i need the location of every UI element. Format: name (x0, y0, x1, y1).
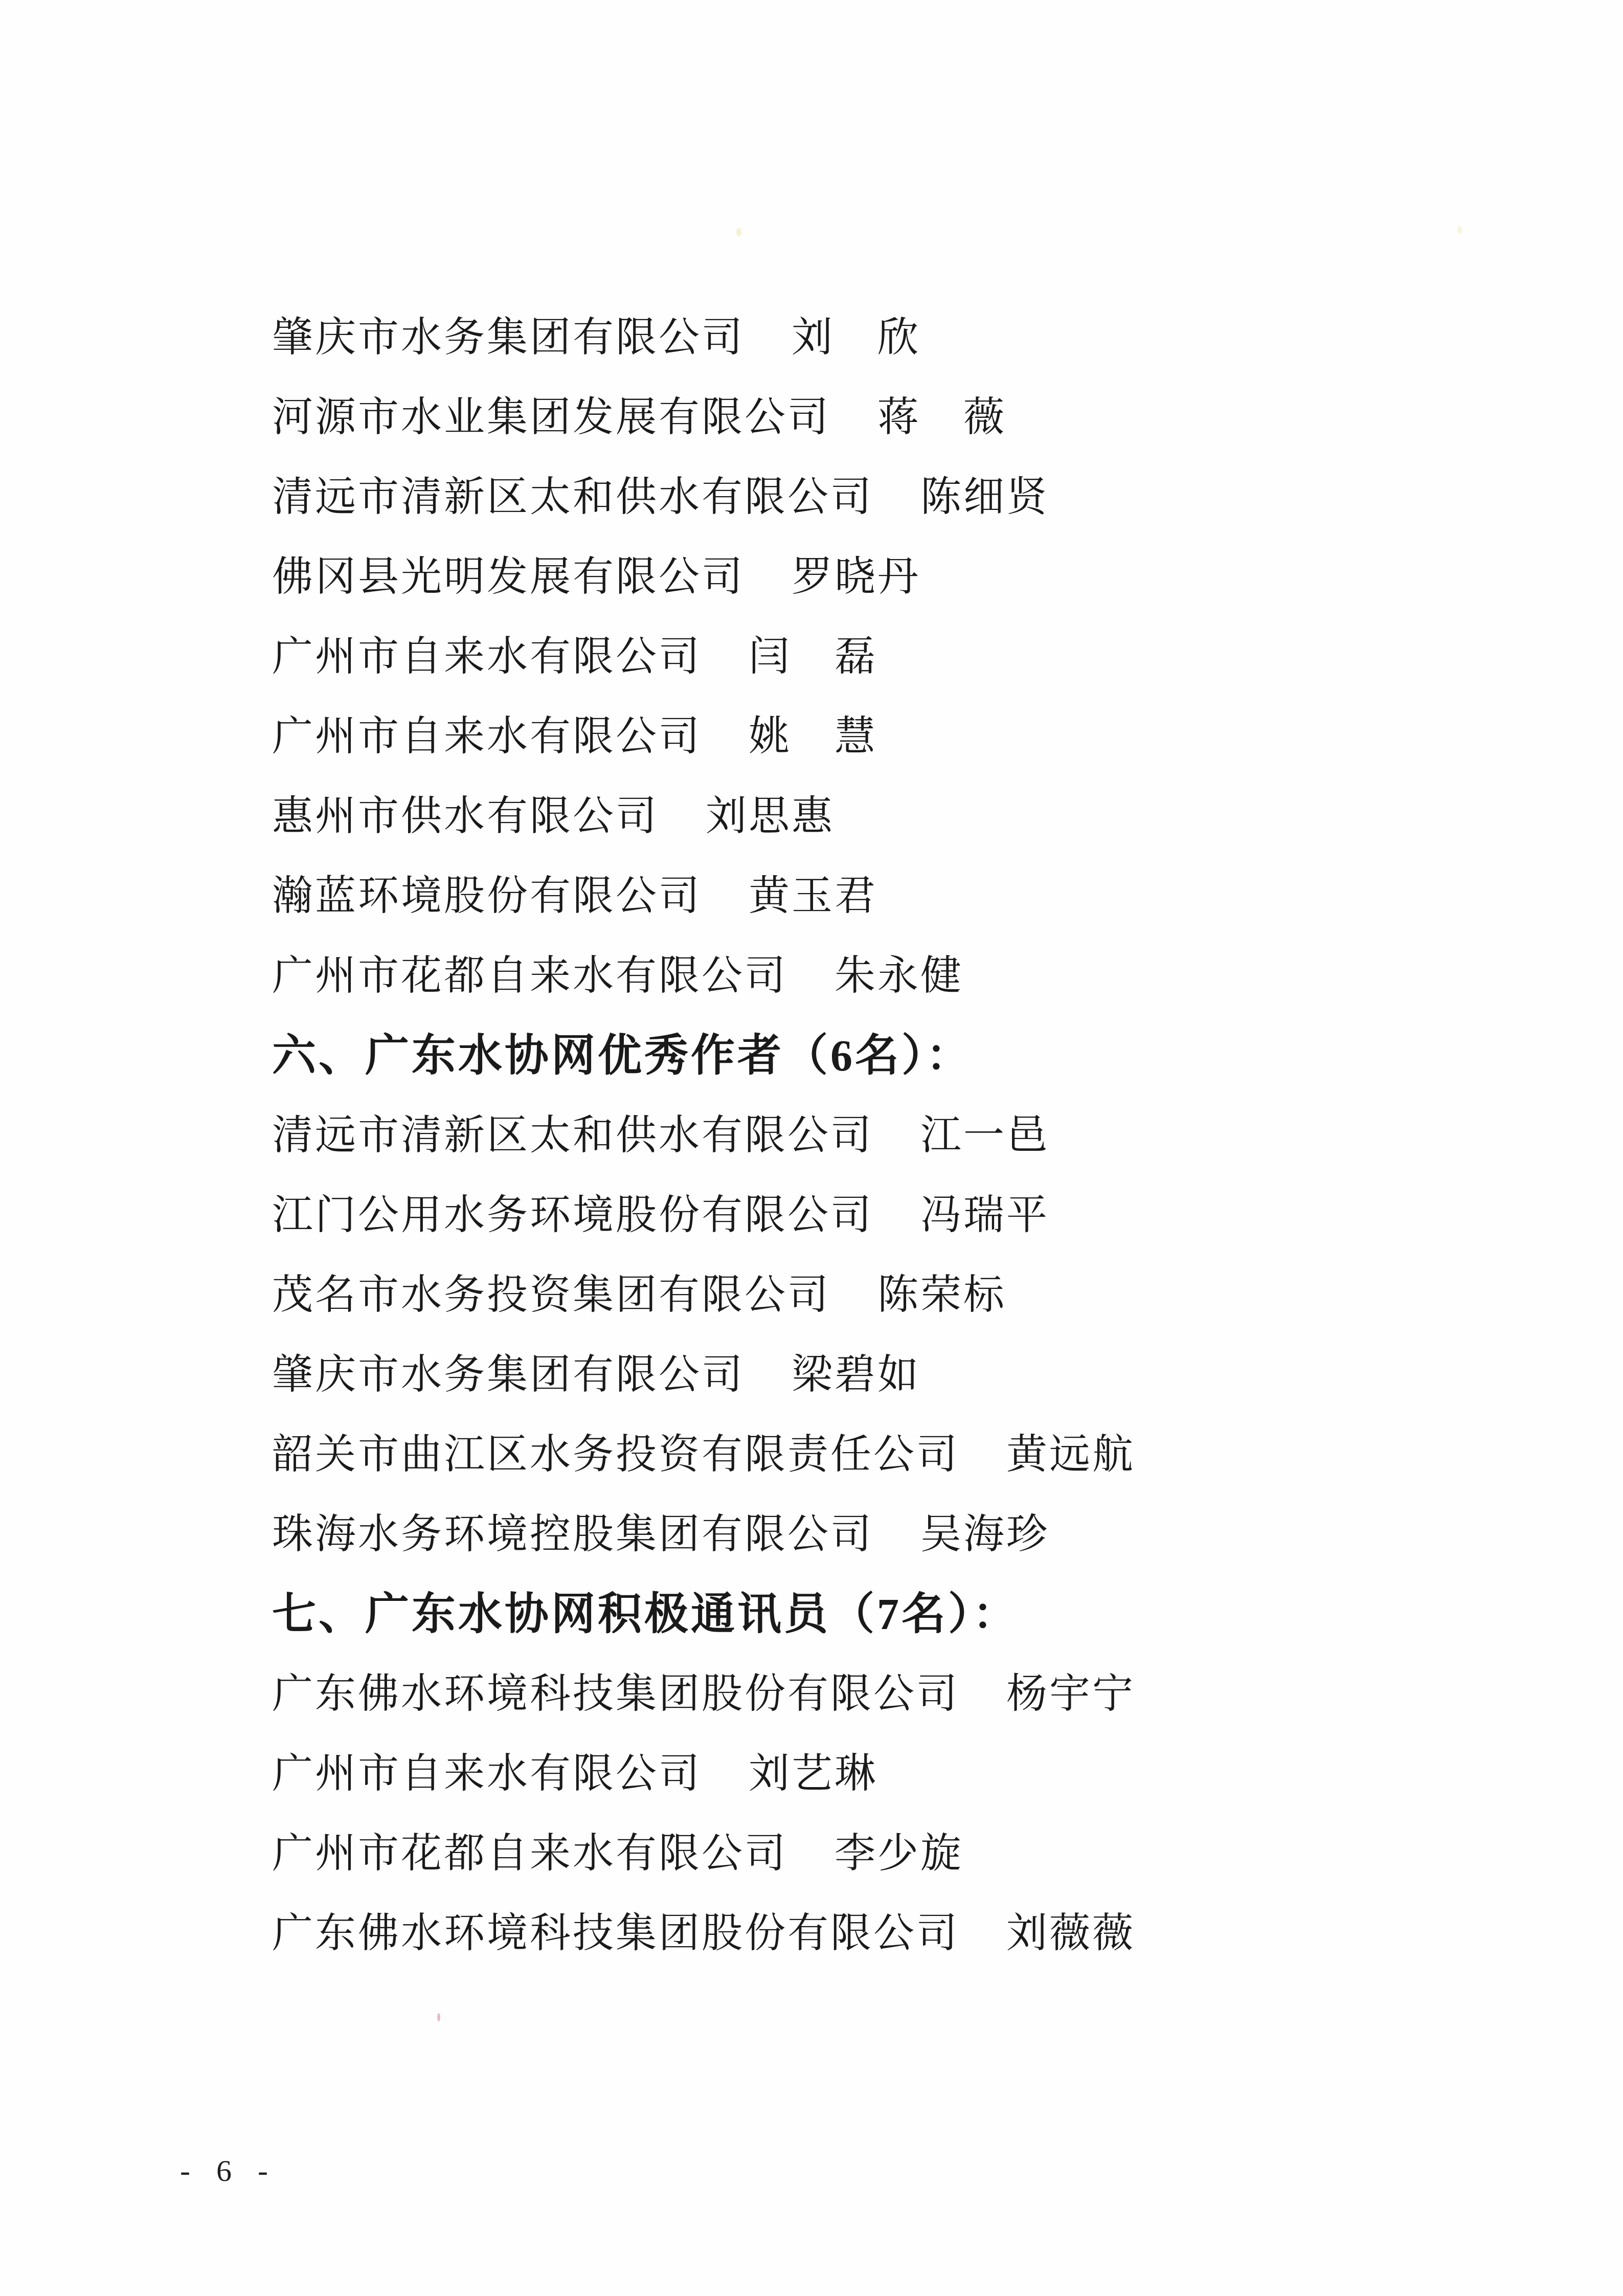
person-name: 杨宇宁 (1006, 1654, 1135, 1734)
award-entry: 广州市自来水有限公司刘艺琳 (272, 1734, 1135, 1814)
award-entry: 瀚蓝环境股份有限公司黄玉君 (272, 856, 1135, 936)
scan-artifact (1457, 226, 1462, 234)
award-entry: 广东佛水环境科技集团股份有限公司杨宇宁 (272, 1654, 1135, 1734)
person-name: 黄玉君 (749, 856, 877, 936)
person-name: 刘薇薇 (1006, 1893, 1135, 1973)
person-name: 闫 磊 (749, 617, 877, 697)
scan-artifact (736, 228, 741, 236)
company-name: 肇庆市水务集团有限公司 (272, 315, 745, 360)
company-name: 惠州市供水有限公司 (272, 794, 659, 839)
award-entry: 河源市水业集团发展有限公司蒋 薇 (272, 377, 1135, 457)
award-entry: 广州市自来水有限公司姚 慧 (272, 697, 1135, 776)
award-entry: 广州市自来水有限公司闫 磊 (272, 617, 1135, 697)
scan-artifact (437, 2013, 440, 2021)
section-heading-seven: 七、广东水协网积极通讯员（7名）： (272, 1574, 1135, 1654)
person-name: 梁碧如 (792, 1335, 920, 1415)
award-entry: 肇庆市水务集团有限公司刘 欣 (272, 298, 1135, 377)
person-name: 姚 慧 (749, 697, 877, 776)
person-name: 蒋 薇 (877, 377, 1006, 457)
award-entry: 清远市清新区太和供水有限公司江一邑 (272, 1096, 1135, 1175)
company-name: 河源市水业集团发展有限公司 (272, 395, 830, 440)
person-name: 朱永健 (835, 936, 963, 1016)
company-name: 江门公用水务环境股份有限公司 (272, 1193, 873, 1238)
company-name: 茂名市水务投资集团有限公司 (272, 1273, 830, 1318)
person-name: 黄远航 (1006, 1415, 1135, 1495)
award-list: 肇庆市水务集团有限公司刘 欣 河源市水业集团发展有限公司蒋 薇 清远市清新区太和… (272, 298, 1135, 1973)
award-entry: 茂名市水务投资集团有限公司陈荣标 (272, 1255, 1135, 1335)
person-name: 刘思惠 (706, 776, 835, 856)
award-entry: 广东佛水环境科技集团股份有限公司刘薇薇 (272, 1893, 1135, 1973)
page-number: - 6 - (180, 2154, 277, 2187)
person-name: 江一邑 (920, 1096, 1049, 1175)
company-name: 肇庆市水务集团有限公司 (272, 1352, 745, 1397)
person-name: 吴海珍 (920, 1495, 1049, 1574)
person-name: 陈细贤 (920, 457, 1049, 537)
company-name: 韶关市曲江区水务投资有限责任公司 (272, 1432, 959, 1477)
award-entry: 惠州市供水有限公司刘思惠 (272, 776, 1135, 856)
award-entry: 江门公用水务环境股份有限公司冯瑞平 (272, 1175, 1135, 1255)
award-entry: 佛冈县光明发展有限公司罗晓丹 (272, 537, 1135, 617)
person-name: 冯瑞平 (920, 1175, 1049, 1255)
person-name: 罗晓丹 (792, 537, 920, 617)
award-entry: 韶关市曲江区水务投资有限责任公司黄远航 (272, 1415, 1135, 1495)
company-name: 佛冈县光明发展有限公司 (272, 554, 745, 599)
award-entry: 清远市清新区太和供水有限公司陈细贤 (272, 457, 1135, 537)
scanned-document-page: 肇庆市水务集团有限公司刘 欣 河源市水业集团发展有限公司蒋 薇 清远市清新区太和… (0, 0, 1623, 2296)
person-name: 陈荣标 (877, 1255, 1006, 1335)
company-name: 瀚蓝环境股份有限公司 (272, 874, 702, 919)
award-entry: 肇庆市水务集团有限公司梁碧如 (272, 1335, 1135, 1415)
section-heading-six: 六、广东水协网优秀作者（6名）： (272, 1016, 1135, 1096)
company-name: 清远市清新区太和供水有限公司 (272, 1113, 873, 1158)
company-name: 广州市花都自来水有限公司 (272, 953, 787, 998)
person-name: 刘艺琳 (749, 1734, 877, 1814)
company-name: 清远市清新区太和供水有限公司 (272, 475, 873, 520)
company-name: 广州市自来水有限公司 (272, 634, 702, 679)
company-name: 广州市自来水有限公司 (272, 1751, 702, 1796)
company-name: 广东佛水环境科技集团股份有限公司 (272, 1911, 959, 1956)
person-name: 李少旋 (835, 1814, 963, 1893)
company-name: 珠海水务环境控股集团有限公司 (272, 1512, 873, 1557)
award-entry: 广州市花都自来水有限公司李少旋 (272, 1814, 1135, 1893)
award-entry: 珠海水务环境控股集团有限公司吴海珍 (272, 1495, 1135, 1574)
company-name: 广东佛水环境科技集团股份有限公司 (272, 1671, 959, 1717)
award-entry: 广州市花都自来水有限公司朱永健 (272, 936, 1135, 1016)
company-name: 广州市自来水有限公司 (272, 714, 702, 759)
company-name: 广州市花都自来水有限公司 (272, 1831, 787, 1876)
person-name: 刘 欣 (792, 298, 920, 377)
